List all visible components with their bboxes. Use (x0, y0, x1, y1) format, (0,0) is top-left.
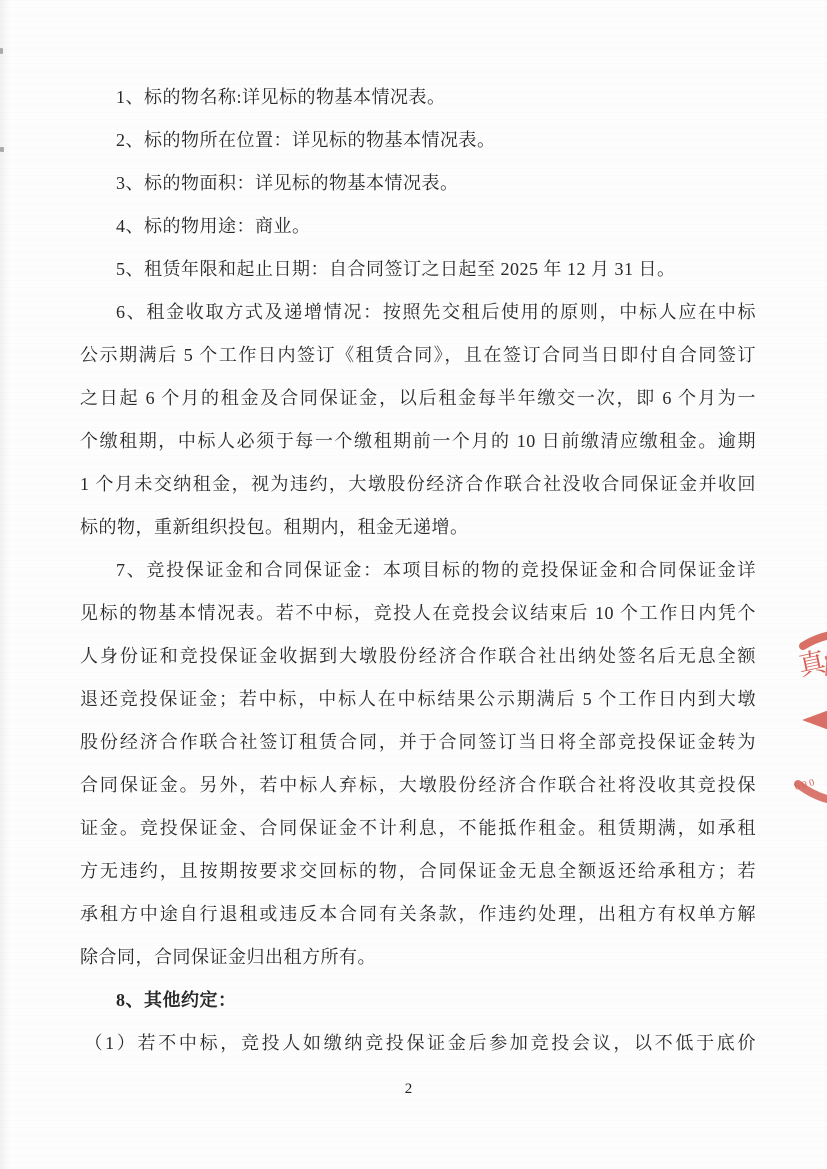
paragraph-item-1: 1、标的物名称:详见标的物基本情况表。 (80, 76, 756, 119)
text-line: 4、标的物用途：商业。 (80, 205, 756, 248)
text-line: 2、标的物所在位置：详见标的物基本情况表。 (80, 119, 756, 162)
text-line: 个缴租期，中标人必须于每一个缴租期前一个月的 10 日前缴清应缴租金。逾期 (80, 420, 756, 463)
text-line: 股份经济合作联合社签订租赁合同，并于合同签订当日将全部竞投保证金转为 (80, 721, 756, 764)
paragraph-item-8: 8、其他约定： (80, 979, 756, 1022)
seal-ring-top-arc (803, 633, 827, 646)
scan-artifact (0, 48, 3, 54)
text-line: 人身份证和竞投保证金收据到大墩股份经济合作联合社出纳处签名后无息全额 (80, 635, 756, 678)
paragraph-item-6: 6、租金收取方式及递增情况：按照先交租后使用的原则，中标人应在中标公示期满后 5… (80, 291, 756, 549)
text-line: （1）若不中标，竞投人如缴纳竞投保证金后参加竞投会议，以不低于底价 (80, 1022, 756, 1065)
text-line: 1、标的物名称:详见标的物基本情况表。 (80, 76, 756, 119)
text-line: 合同保证金。另外，若中标人弃标，大墩股份经济合作联合社将没收其竞投保 (80, 764, 756, 807)
text-line: 证金。竞投保证金、合同保证金不计利息，不能抵作租金。租赁期满，如承租 (80, 807, 756, 850)
text-line: 承租方中途自行退租或违反本合同有关条款，作违约处理，出租方有权单方解 (80, 893, 756, 936)
text-line: 之日起 6 个月的租金及合同保证金，以后租金每半年缴交一次，即 6 个月为一 (80, 377, 756, 420)
text-line: 公示期满后 5 个工作日内签订《租赁合同》，且在签订合同当日即付自合同签订 (80, 334, 756, 377)
paragraph-item-5: 5、租赁年限和起止日期：自合同签订之日起至 2025 年 12 月 31 日。 (80, 248, 756, 291)
paragraph-item-4: 4、标的物用途：商业。 (80, 205, 756, 248)
text-line: 3、标的物面积：详见标的物基本情况表。 (80, 162, 756, 205)
seal-ring-bottom-arc (798, 784, 827, 802)
text-line: 1 个月未交纳租金，视为违约，大墩股份经济合作联合社没收合同保证金并收回 (80, 463, 756, 506)
text-line: 8、其他约定： (80, 979, 756, 1022)
document-body: 1、标的物名称:详见标的物基本情况表。2、标的物所在位置：详见标的物基本情况表。… (80, 76, 756, 1065)
text-line: 方无违约，且按期按要求交回标的物，合同保证金无息全额返还给承租方；若 (80, 850, 756, 893)
page-number: 2 (0, 1081, 817, 1098)
official-seal-stamp: 真 600 (745, 618, 827, 818)
seal-serial-fragment: 600 (794, 777, 818, 793)
text-line: 退还竞投保证金；若中标，中标人在中标结果公示期满后 5 个工作日内到大墩 (80, 678, 756, 721)
paragraph-item-3: 3、标的物面积：详见标的物基本情况表。 (80, 162, 756, 205)
text-line: 标的物，重新组织投包。租期内，租金无递增。 (80, 506, 756, 549)
left-edge-scan-shadow (0, 0, 10, 1169)
text-line: 除合同，合同保证金归出租方所有。 (80, 936, 756, 979)
text-line: 7、竞投保证金和合同保证金：本项目标的物的竞投保证金和合同保证金详 (80, 549, 756, 592)
paragraph-item-2: 2、标的物所在位置：详见标的物基本情况表。 (80, 119, 756, 162)
paragraph-item-8-1: （1）若不中标，竞投人如缴纳竞投保证金后参加竞投会议，以不低于底价 (80, 1022, 756, 1065)
text-line: 5、租赁年限和起止日期：自合同签订之日起至 2025 年 12 月 31 日。 (80, 248, 756, 291)
scan-artifact (0, 147, 4, 152)
document-page: 1、标的物名称:详见标的物基本情况表。2、标的物所在位置：详见标的物基本情况表。… (0, 0, 827, 1169)
star-icon (802, 674, 827, 765)
paragraph-item-7: 7、竞投保证金和合同保证金：本项目标的物的竞投保证金和合同保证金详见标的物基本情… (80, 549, 756, 979)
text-line: 6、租金收取方式及递增情况：按照先交租后使用的原则，中标人应在中标 (80, 291, 756, 334)
text-line: 见标的物基本情况表。若不中标，竞投人在竞投会议结束后 10 个工作日内凭个 (80, 592, 756, 635)
seal-text-fragment: 真 (796, 646, 827, 681)
